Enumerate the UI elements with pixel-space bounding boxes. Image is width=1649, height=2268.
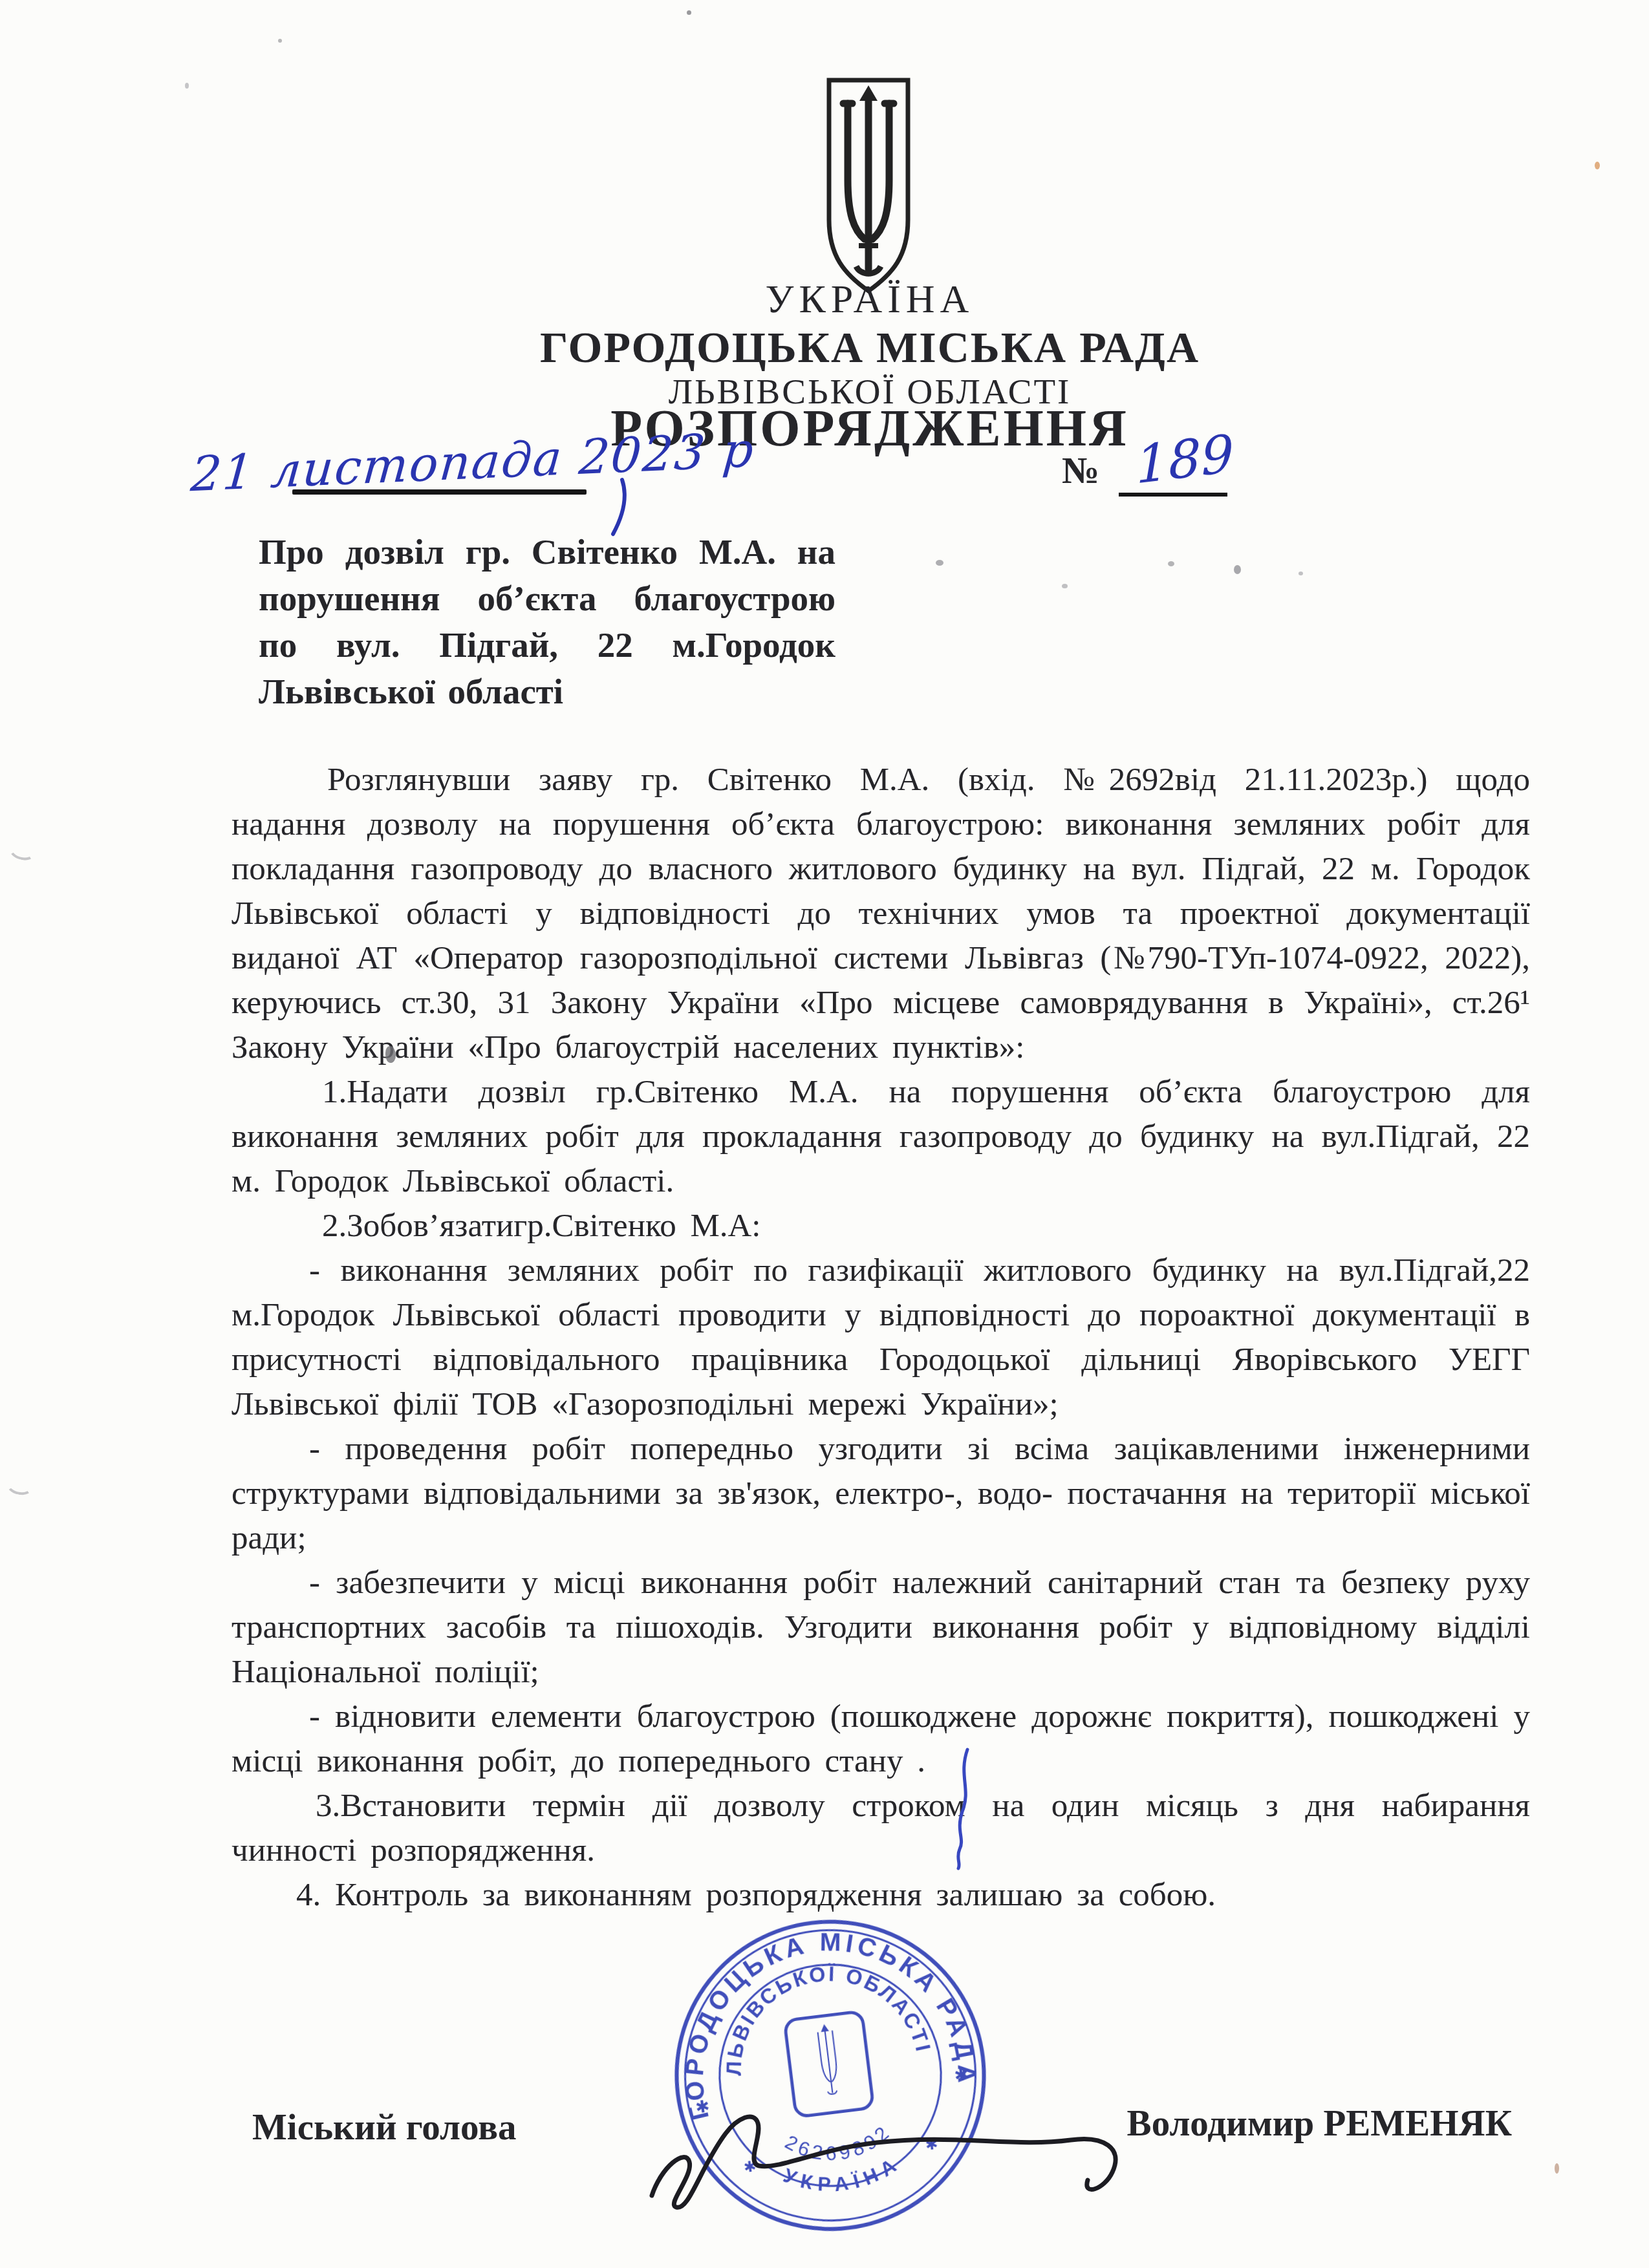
scan-ink-blot bbox=[385, 1046, 396, 1063]
item-1: 1.Надати дозвіл гр.Світенко М.А. на пору… bbox=[232, 1070, 1530, 1204]
document-body: Розглянувши заяву гр. Світенко М.А. (вхі… bbox=[232, 758, 1530, 1918]
intro-paragraph: Розглянувши заяву гр. Світенко М.А. (вхі… bbox=[232, 758, 1530, 1070]
date-pen-descender bbox=[613, 480, 625, 534]
trident-shield-icon bbox=[820, 76, 917, 296]
ukraine-trident-emblem bbox=[820, 76, 917, 296]
star-separator-icon: ✱ bbox=[924, 2135, 938, 2153]
star-separator-icon: ✱ bbox=[695, 2096, 711, 2117]
item-2-bullet-1: - виконання земляних робіт по газифікаці… bbox=[232, 1248, 1530, 1427]
handwritten-number: 189 bbox=[1136, 423, 1234, 495]
scan-speck bbox=[1299, 572, 1303, 575]
item-2-bullet-2: - проведення робіт попередньо узгодити з… bbox=[232, 1427, 1530, 1561]
scan-speck bbox=[687, 10, 691, 15]
scan-speck bbox=[1062, 584, 1068, 588]
star-separator-icon: ✱ bbox=[743, 2157, 757, 2176]
scan-speck bbox=[1595, 162, 1600, 169]
scan-speck bbox=[1234, 565, 1241, 574]
item-3: 3.Встановити термін дії дозволу строком … bbox=[232, 1784, 1530, 1873]
header-country: УКРАЇНА bbox=[223, 277, 1516, 323]
item-2-bullet-3: - забезпечити у місці виконання робіт на… bbox=[232, 1561, 1530, 1695]
star-separator-icon: ✱ bbox=[953, 2064, 969, 2085]
scan-speck bbox=[936, 560, 943, 566]
signer-position: Міський голова bbox=[252, 2106, 516, 2148]
number-label: № bbox=[1062, 449, 1099, 492]
scan-speck bbox=[1168, 561, 1174, 566]
scan-crescent-mark bbox=[5, 1473, 36, 1497]
scan-crescent-mark bbox=[7, 837, 38, 862]
number-underline bbox=[1119, 493, 1227, 497]
date-underline bbox=[292, 489, 587, 495]
header-council-name: ГОРОДОЦЬКА МІСЬКА РАДА bbox=[223, 322, 1516, 373]
scanned-document: { "doc": { "header": { "country": "УКРАЇ… bbox=[0, 0, 1649, 2268]
item-2-bullet-4: - відновити елементи благоустрою (пошкод… bbox=[232, 1695, 1530, 1784]
item-2: 2.Зобов’язатигр.Світенко М.А: bbox=[232, 1204, 1530, 1248]
scan-speck bbox=[1555, 2163, 1559, 2174]
scan-speck bbox=[278, 39, 282, 43]
official-round-stamp: ГОРОДОЦЬКА МІСЬКА РАДА ЛЬВІВСЬКОЇ ОБЛАСТ… bbox=[641, 1887, 1019, 2264]
signer-name: Володимир РЕМЕНЯК bbox=[1127, 2102, 1512, 2145]
scan-speck bbox=[185, 83, 189, 89]
subject-block: Про дозвіл гр. Світенко М.А. на порушенн… bbox=[259, 529, 835, 715]
